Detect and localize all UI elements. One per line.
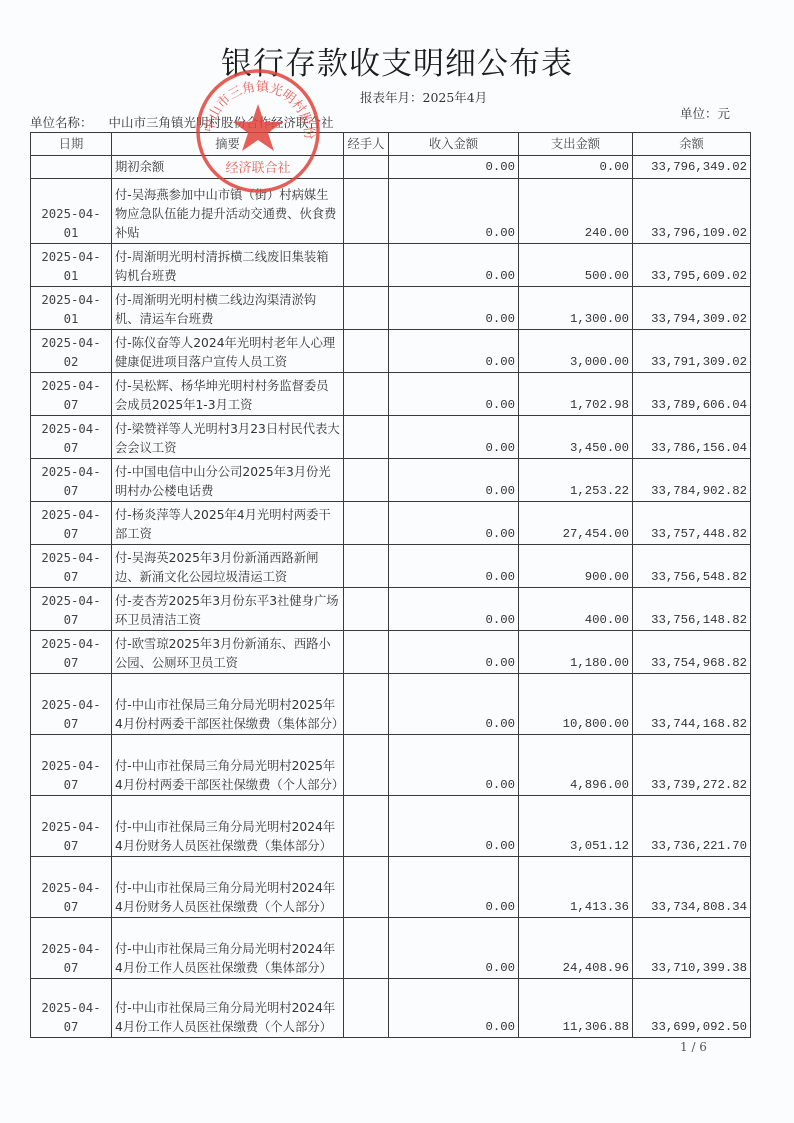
cell-balance: 33,791,309.02 <box>633 330 751 373</box>
cell-balance: 33,796,109.02 <box>633 179 751 244</box>
cell-date: 2025-04-07 <box>31 979 112 1038</box>
cell-date: 2025-04-07 <box>31 502 112 545</box>
cell-date: 2025-04-02 <box>31 330 112 373</box>
cell-balance: 33,789,606.04 <box>633 373 751 416</box>
cell-expense: 400.00 <box>519 588 633 631</box>
cell-date: 2025-04-07 <box>31 459 112 502</box>
cell-summary: 付-周渐明光明村清拆横二线废旧集装箱钩机台班费 <box>112 244 344 287</box>
cell-date: 2025-04-01 <box>31 287 112 330</box>
cell-summary: 付-吴松辉、杨华坤光明村村务监督委员会成员2025年1-3月工资 <box>112 373 344 416</box>
cell-expense: 0.00 <box>519 156 633 179</box>
cell-balance: 33,739,272.82 <box>633 735 751 796</box>
cell-income: 0.00 <box>389 545 519 588</box>
table-row: 2025-04-02付-陈仪奋等人2024年光明村老年人心理健康促进项目落户宣传… <box>31 330 751 373</box>
cell-handler <box>344 545 389 588</box>
cell-balance: 33,756,548.82 <box>633 545 751 588</box>
cell-expense: 1,253.22 <box>519 459 633 502</box>
table-row: 2025-04-07付-欧雪琼2025年3月份新涌东、西路小公园、公厕环卫员工资… <box>31 631 751 674</box>
cell-summary: 付-吴海燕参加中山市镇（街）村病媒生物应急队伍能力提升活动交通费、伙食费补贴 <box>112 179 344 244</box>
cell-handler <box>344 735 389 796</box>
cell-expense: 1,300.00 <box>519 287 633 330</box>
cell-balance: 33,757,448.82 <box>633 502 751 545</box>
header-summary: 摘要 <box>112 133 344 156</box>
document-title: 银行存款收支明细公布表 <box>0 38 794 83</box>
cell-handler <box>344 416 389 459</box>
cell-expense: 3,051.12 <box>519 796 633 857</box>
cell-income: 0.00 <box>389 156 519 179</box>
table-row: 2025-04-07付-中山市社保局三角分局光明村2024年4月份财务人员医社保… <box>31 857 751 918</box>
header-balance: 余额 <box>633 133 751 156</box>
cell-balance: 33,796,349.02 <box>633 156 751 179</box>
cell-summary: 付-欧雪琼2025年3月份新涌东、西路小公园、公厕环卫员工资 <box>112 631 344 674</box>
cell-date: 2025-04-07 <box>31 918 112 979</box>
cell-expense: 240.00 <box>519 179 633 244</box>
cell-summary: 期初余额 <box>112 156 344 179</box>
cell-expense: 500.00 <box>519 244 633 287</box>
cell-expense: 10,800.00 <box>519 674 633 735</box>
unit-name-label: 单位名称： <box>30 115 93 130</box>
table-row: 2025-04-07付-中山市社保局三角分局光明村2024年4月份工作人员医社保… <box>31 979 751 1038</box>
cell-income: 0.00 <box>389 588 519 631</box>
cell-handler <box>344 244 389 287</box>
cell-date: 2025-04-07 <box>31 674 112 735</box>
cell-income: 0.00 <box>389 796 519 857</box>
cell-expense: 1,180.00 <box>519 631 633 674</box>
cell-summary: 付-中山市社保局三角分局光明村2024年4月份财务人员医社保缴费（集体部分） <box>112 796 344 857</box>
table-row: 2025-04-07付-中国电信中山分公司2025年3月份光明村办公楼电话费0.… <box>31 459 751 502</box>
cell-income: 0.00 <box>389 459 519 502</box>
cell-handler <box>344 179 389 244</box>
cell-income: 0.00 <box>389 179 519 244</box>
cell-summary: 付-中国电信中山分公司2025年3月份光明村办公楼电话费 <box>112 459 344 502</box>
cell-balance: 33,736,221.70 <box>633 796 751 857</box>
cell-handler <box>344 330 389 373</box>
cell-expense: 24,408.96 <box>519 918 633 979</box>
table-row: 2025-04-01付-吴海燕参加中山市镇（街）村病媒生物应急队伍能力提升活动交… <box>31 179 751 244</box>
table-row: 2025-04-01付-周渐明光明村横二线边沟渠清淤钩机、清运车台班费0.001… <box>31 287 751 330</box>
currency-unit: 单位：元 <box>680 104 730 122</box>
table-row: 2025-04-07付-吴海英2025年3月份新涌西路新闸边、新涌文化公园垃圾清… <box>31 545 751 588</box>
unit-name: 单位名称：中山市三角镇光明村股份合作经济联合社 <box>30 113 334 131</box>
table-row: 2025-04-01付-周渐明光明村清拆横二线废旧集装箱钩机台班费0.00500… <box>31 244 751 287</box>
cell-income: 0.00 <box>389 244 519 287</box>
cell-balance: 33,784,902.82 <box>633 459 751 502</box>
table-header-row: 日期 摘要 经手人 收入金额 支出金额 余额 <box>31 133 751 156</box>
cell-income: 0.00 <box>389 674 519 735</box>
cell-handler <box>344 979 389 1038</box>
cell-expense: 4,896.00 <box>519 735 633 796</box>
cell-expense: 1,413.36 <box>519 857 633 918</box>
cell-date: 2025-04-01 <box>31 179 112 244</box>
ledger-table: 日期 摘要 经手人 收入金额 支出金额 余额 期初余额 0.00 0.00 33… <box>30 132 751 1038</box>
cell-date: 2025-04-07 <box>31 796 112 857</box>
cell-summary: 付-梁赞祥等人光明村3月23日村民代表大会会议工资 <box>112 416 344 459</box>
cell-summary: 付-中山市社保局三角分局光明村2025年4月份村两委干部医社保缴费（集体部分） <box>112 674 344 735</box>
cell-balance: 33,754,968.82 <box>633 631 751 674</box>
cell-income: 0.00 <box>389 857 519 918</box>
cell-summary: 付-杨炎萍等人2025年4月光明村两委干部工资 <box>112 502 344 545</box>
table-row: 2025-04-07付-中山市社保局三角分局光明村2024年4月份工作人员医社保… <box>31 918 751 979</box>
header-date: 日期 <box>31 133 112 156</box>
table-row: 2025-04-07付-中山市社保局三角分局光明村2024年4月份财务人员医社保… <box>31 796 751 857</box>
cell-date: 2025-04-07 <box>31 545 112 588</box>
cell-income: 0.00 <box>389 735 519 796</box>
cell-balance: 33,710,399.38 <box>633 918 751 979</box>
table-row: 2025-04-07付-吴松辉、杨华坤光明村村务监督委员会成员2025年1-3月… <box>31 373 751 416</box>
cell-summary: 付-中山市社保局三角分局光明村2025年4月份村两委干部医社保缴费（个人部分） <box>112 735 344 796</box>
cell-expense: 11,306.88 <box>519 979 633 1038</box>
header-handler: 经手人 <box>344 133 389 156</box>
cell-expense: 1,702.98 <box>519 373 633 416</box>
cell-summary: 付-麦杏芳2025年3月份东平3社健身广场环卫员清洁工资 <box>112 588 344 631</box>
cell-income: 0.00 <box>389 918 519 979</box>
cell-expense: 900.00 <box>519 545 633 588</box>
cell-expense: 3,450.00 <box>519 416 633 459</box>
cell-income: 0.00 <box>389 330 519 373</box>
cell-date: 2025-04-07 <box>31 631 112 674</box>
cell-income: 0.00 <box>389 631 519 674</box>
cell-income: 0.00 <box>389 373 519 416</box>
header-expense: 支出金额 <box>519 133 633 156</box>
cell-income: 0.00 <box>389 416 519 459</box>
cell-balance: 33,794,309.02 <box>633 287 751 330</box>
cell-handler <box>344 502 389 545</box>
cell-handler <box>344 588 389 631</box>
cell-summary: 付-陈仪奋等人2024年光明村老年人心理健康促进项目落户宣传人员工资 <box>112 330 344 373</box>
cell-date: 2025-04-07 <box>31 416 112 459</box>
cell-expense: 3,000.00 <box>519 330 633 373</box>
cell-handler <box>344 287 389 330</box>
report-period: 报表年月：2025年4月 <box>360 88 487 106</box>
cell-income: 0.00 <box>389 979 519 1038</box>
cell-balance: 33,786,156.04 <box>633 416 751 459</box>
cell-handler <box>344 373 389 416</box>
cell-expense: 27,454.00 <box>519 502 633 545</box>
table-row: 2025-04-07付-中山市社保局三角分局光明村2025年4月份村两委干部医社… <box>31 674 751 735</box>
cell-handler <box>344 156 389 179</box>
cell-handler <box>344 631 389 674</box>
unit-name-value: 中山市三角镇光明村股份合作经济联合社 <box>109 115 334 130</box>
opening-balance-row: 期初余额 0.00 0.00 33,796,349.02 <box>31 156 751 179</box>
cell-date: 2025-04-01 <box>31 244 112 287</box>
cell-income: 0.00 <box>389 502 519 545</box>
cell-summary: 付-吴海英2025年3月份新涌西路新闸边、新涌文化公园垃圾清运工资 <box>112 545 344 588</box>
cell-balance: 33,756,148.82 <box>633 588 751 631</box>
cell-date <box>31 156 112 179</box>
table-row: 2025-04-07付-梁赞祥等人光明村3月23日村民代表大会会议工资0.003… <box>31 416 751 459</box>
cell-balance: 33,734,808.34 <box>633 857 751 918</box>
table-row: 2025-04-07付-中山市社保局三角分局光明村2025年4月份村两委干部医社… <box>31 735 751 796</box>
cell-handler <box>344 857 389 918</box>
cell-date: 2025-04-07 <box>31 857 112 918</box>
table-row: 2025-04-07付-麦杏芳2025年3月份东平3社健身广场环卫员清洁工资0.… <box>31 588 751 631</box>
cell-summary: 付-周渐明光明村横二线边沟渠清淤钩机、清运车台班费 <box>112 287 344 330</box>
cell-date: 2025-04-07 <box>31 373 112 416</box>
cell-handler <box>344 459 389 502</box>
cell-handler <box>344 796 389 857</box>
cell-handler <box>344 918 389 979</box>
cell-date: 2025-04-07 <box>31 735 112 796</box>
cell-balance: 33,795,609.02 <box>633 244 751 287</box>
cell-income: 0.00 <box>389 287 519 330</box>
table-row: 2025-04-07付-杨炎萍等人2025年4月光明村两委干部工资0.0027,… <box>31 502 751 545</box>
cell-handler <box>344 674 389 735</box>
cell-summary: 付-中山市社保局三角分局光明村2024年4月份工作人员医社保缴费（集体部分） <box>112 918 344 979</box>
cell-summary: 付-中山市社保局三角分局光明村2024年4月份财务人员医社保缴费（个人部分） <box>112 857 344 918</box>
header-income: 收入金额 <box>389 133 519 156</box>
cell-balance: 33,744,168.82 <box>633 674 751 735</box>
cell-date: 2025-04-07 <box>31 588 112 631</box>
page-indicator: 1 / 6 <box>680 1040 707 1054</box>
cell-summary: 付-中山市社保局三角分局光明村2024年4月份工作人员医社保缴费（个人部分） <box>112 979 344 1038</box>
cell-balance: 33,699,092.50 <box>633 979 751 1038</box>
